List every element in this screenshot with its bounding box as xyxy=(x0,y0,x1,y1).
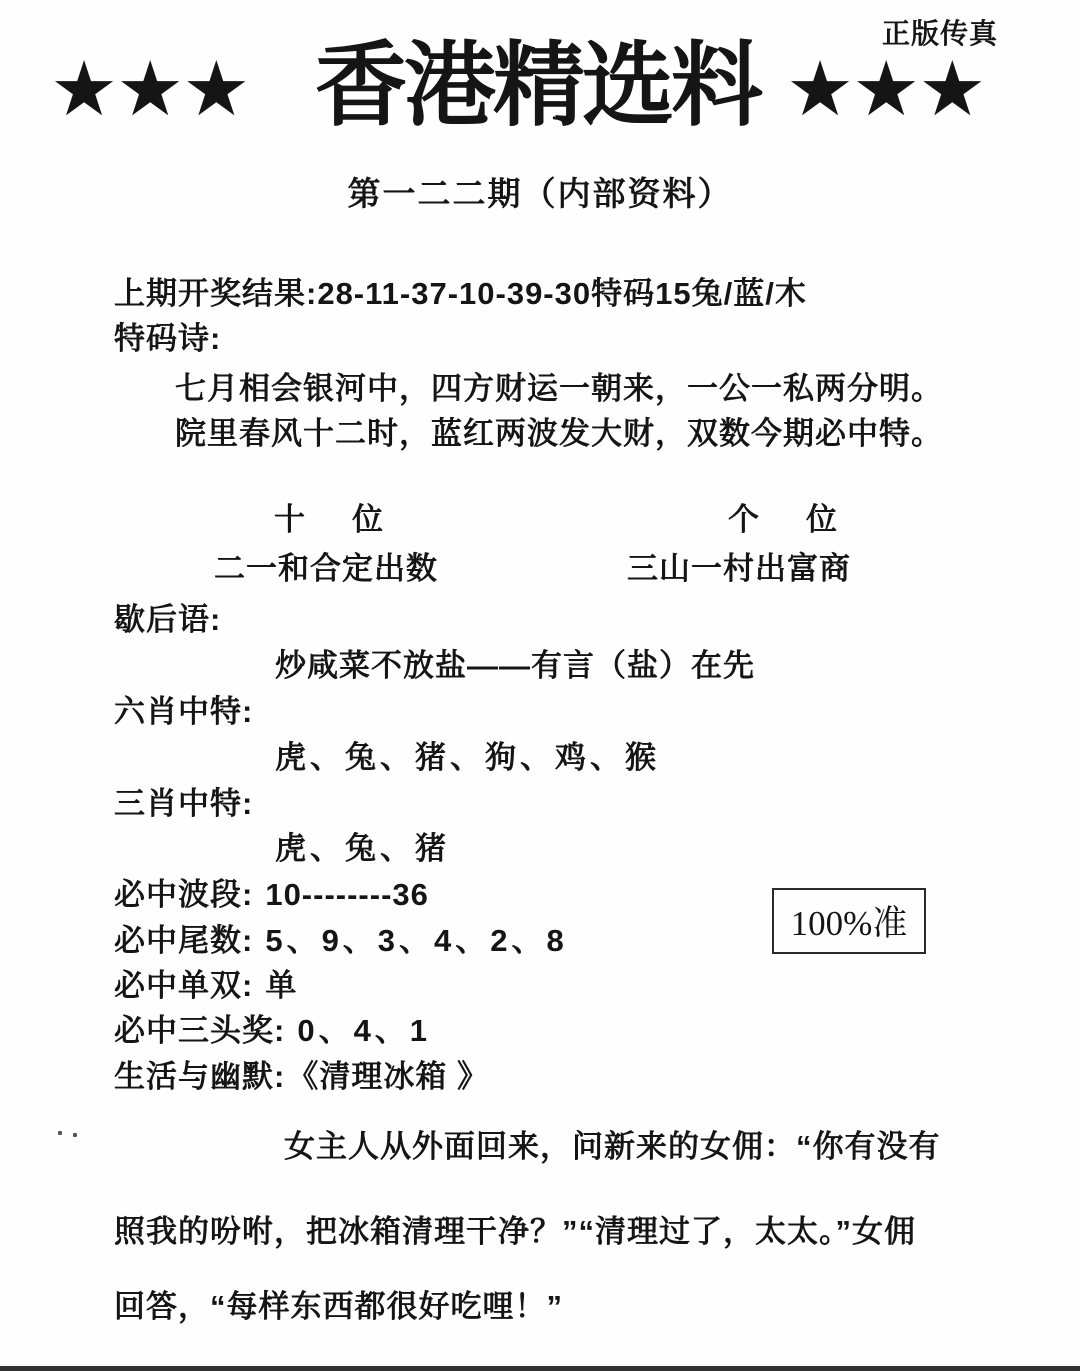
odd-even-label: 必中单双: xyxy=(114,968,253,1004)
wave-range-label: 必中波段: xyxy=(114,877,253,913)
scan-speck-dots xyxy=(58,1131,62,1135)
ones-position-header: 个 位 xyxy=(728,502,845,538)
fax-sheet: 正版传真 ★★★ 香港精选料 ★★★ 第一二二期（内部资料） 上期开奖结果:28… xyxy=(0,0,1080,1371)
odd-even-row: 必中单双: 单 xyxy=(114,968,297,1004)
humor-title-value: 《清理冰箱 》 xyxy=(287,1059,489,1095)
accuracy-badge: 100%准 xyxy=(772,888,926,954)
wave-range-value: 10--------36 xyxy=(265,877,429,913)
riddle-label: 歇后语: xyxy=(114,602,221,638)
tail-numbers-label: 必中尾数: xyxy=(114,923,253,959)
six-zodiac-list: 虎、兔、猪、狗、鸡、猴 xyxy=(275,740,660,776)
accuracy-badge-text: 100%准 xyxy=(791,896,908,946)
tens-position-phrase: 二一和合定出数 xyxy=(214,551,438,587)
poem-line-2: 院里春风十二时，蓝红两波发大财，双数今期必中特。 xyxy=(175,416,943,452)
three-zodiac-list: 虎、兔、猪 xyxy=(275,831,450,867)
story-line-3: 回答，“每样东西都很好吃哩！” xyxy=(114,1287,563,1327)
story-line-2: 照我的吩咐，把冰箱清理干净？”“清理过了，太太。”女佣 xyxy=(114,1212,916,1252)
corner-label: 正版传真 xyxy=(882,12,998,52)
story-line-1: 女主人从外面回来，问新来的女佣：“你有没有 xyxy=(284,1127,941,1167)
poem-line-1: 七月相会银河中，四方财运一朝来，一公一私两分明。 xyxy=(175,371,943,407)
head-numbers-value: 0、4、1 xyxy=(297,1013,431,1049)
head-numbers-row: 必中三头奖: 0、4、1 xyxy=(114,1013,431,1049)
poem-label: 特码诗: xyxy=(114,321,221,357)
riddle-text: 炒咸菜不放盐——有言（盐）在先 xyxy=(275,648,755,684)
ones-position-phrase: 三山一村出富商 xyxy=(627,551,851,587)
last-draw-result: 上期开奖结果:28-11-37-10-39-30特码15兔/蓝/木 xyxy=(114,276,807,312)
head-numbers-label: 必中三头奖: xyxy=(114,1013,285,1049)
page-title: 香港精选料 xyxy=(315,36,760,137)
odd-even-value: 单 xyxy=(265,968,297,1004)
three-zodiac-label: 三肖中特: xyxy=(114,786,253,822)
humor-label: 生活与幽默: xyxy=(114,1059,285,1095)
tens-position-header: 十 位 xyxy=(274,502,391,538)
scan-bottom-edge xyxy=(0,1366,1080,1371)
issue-line: 第一二二期（内部资料） xyxy=(0,168,1080,215)
humor-title-row: 生活与幽默: 《清理冰箱 》 xyxy=(114,1059,489,1095)
tail-numbers-row: 必中尾数: 5、9、3、4、2、8 xyxy=(114,923,568,959)
wave-range-row: 必中波段: 10--------36 xyxy=(114,877,429,913)
six-zodiac-label: 六肖中特: xyxy=(114,694,253,730)
stars-right-icon: ★★★ xyxy=(786,52,984,128)
tail-numbers-value: 5、9、3、4、2、8 xyxy=(265,923,567,959)
stars-left-icon: ★★★ xyxy=(50,52,248,128)
